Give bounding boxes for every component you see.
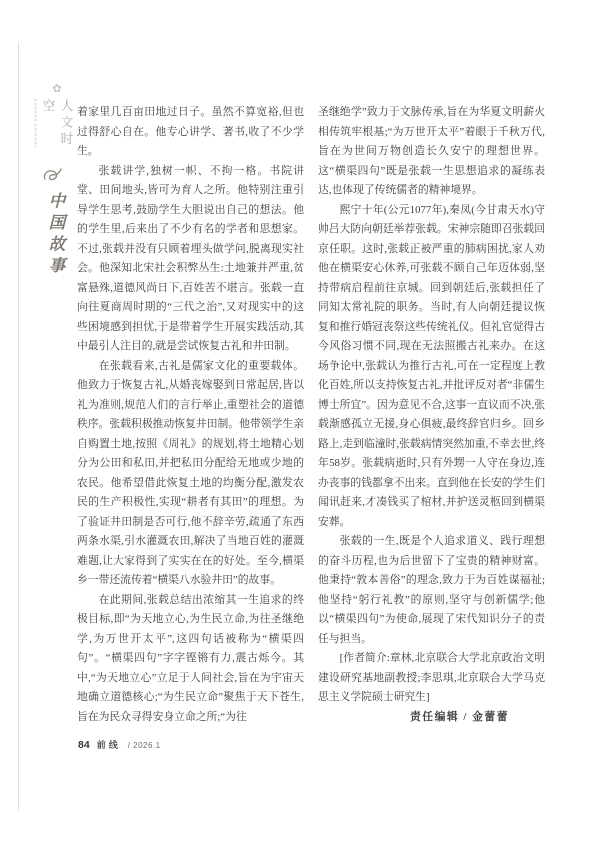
page-number: 84 [78,739,90,751]
author-note: [作者简介:章林,北京联合大学北京政治文明建设研究基地副教授;李思琪,北京联合大… [318,649,545,708]
brush-swirl-icon [41,167,75,190]
paragraph: 熙宁十年(公元1077年),秦凤(今甘肃天水)守帅吕大防向朝廷举荐张载。宋神宗随… [318,201,545,533]
issue-label: / 2026.1 [128,741,161,750]
brand-title: 中国故事 [43,192,67,278]
editor-credit: 责任编辑 / 金蕾蕾 [318,708,545,728]
journal-name: 前线 [97,738,121,751]
page-edge-line [18,42,19,810]
page-footer: 84 前线 / 2026.1 [78,738,161,751]
right-column: 圣继绝学”致力于文脉传承,旨在为华夏文明薪火相传筑牢根基;“为万世开太平”着眼于… [318,103,545,727]
paragraph: 张载的一生,既是个人追求道义、践行理想的奋斗历程,也为后世留下了宝贵的精神财富。… [318,532,545,649]
section-label: 人文时空 [39,99,75,161]
sidebar: ✿ RENWEN SHIKONG 人文时空 中国故事 [31,84,75,283]
paragraph: 在张载看来,古礼是儒家文化的重要载体。他致力于恢复古礼,从婚丧嫁娶到日常起居,皆… [77,357,304,591]
paragraph: 在此期间,张载总结出浓缩其一生追求的终极目标,即“为天地立心,为生民立命,为往圣… [77,591,304,728]
paragraph: 着家里几百亩田地过日子。虽然不算宽裕,但也过得舒心自在。他专心讲学、著书,收了不… [77,103,304,162]
paragraph: 圣继绝学”致力于文脉传承,旨在为华夏文明薪火相传筑牢根基;“为万世开太平”着眼于… [318,103,545,201]
paragraph: 张载讲学,独树一帜、不拘一格。书院讲堂、田间地头,皆可为育人之所。他特别注重引导… [77,162,304,357]
left-column: 着家里几百亩田地过日子。虽然不算宽裕,但也过得舒心自在。他专心讲学、著书,收了不… [77,103,304,727]
section-pinyin-label: RENWEN SHIKONG [33,99,38,151]
flower-icon: ✿ [39,84,75,95]
